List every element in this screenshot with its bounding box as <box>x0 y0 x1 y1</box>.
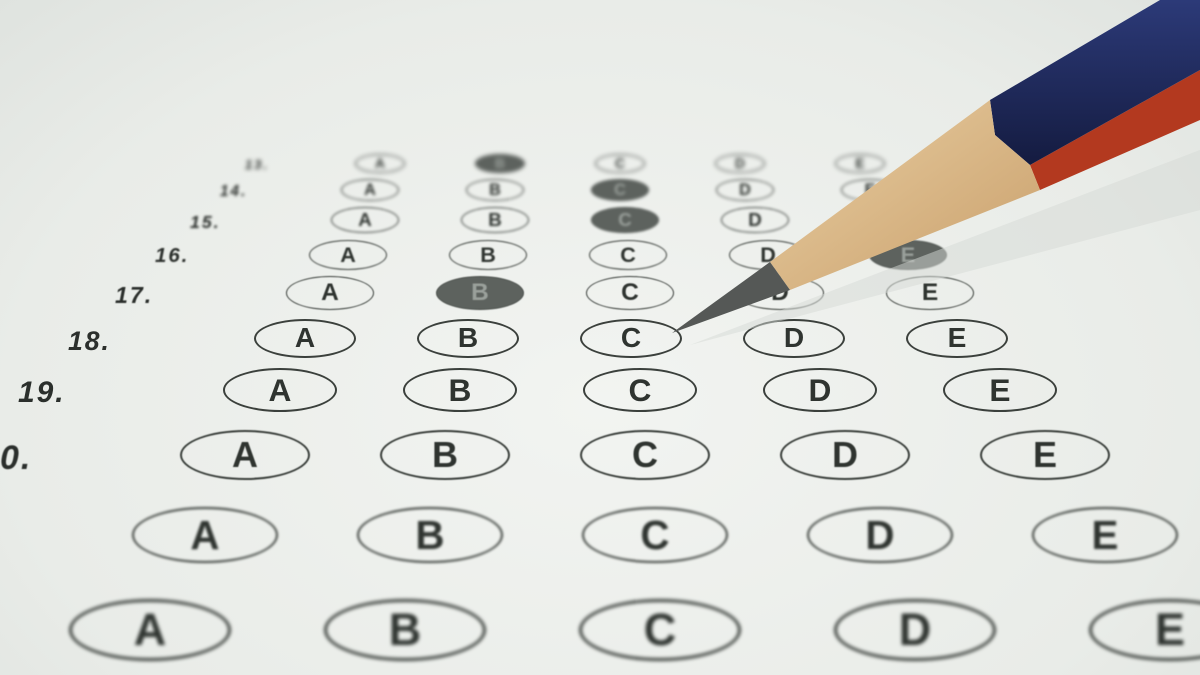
answer-bubble-d[interactable]: D <box>834 599 997 662</box>
question-number: 14. <box>220 183 247 201</box>
question-number: 16. <box>155 245 189 268</box>
question-number: 17. <box>115 282 153 309</box>
answer-bubble-a[interactable]: A <box>341 179 400 202</box>
answer-bubble-a[interactable]: A <box>132 507 278 563</box>
answer-bubble-c[interactable]: C <box>595 154 644 173</box>
answer-bubble-d[interactable]: D <box>736 276 824 310</box>
answer-bubble-d[interactable]: D <box>780 430 910 480</box>
answer-bubble-d[interactable]: D <box>743 319 844 358</box>
answer-bubble-d[interactable]: D <box>729 240 807 270</box>
answer-bubble-c[interactable]: C <box>580 430 710 480</box>
answer-bubble-a[interactable]: A <box>355 154 404 173</box>
answer-bubble-b[interactable]: B <box>466 179 525 202</box>
answer-bubble-c[interactable]: C <box>589 240 667 270</box>
answer-bubble-c[interactable]: C <box>580 319 681 358</box>
answer-bubble-d[interactable]: D <box>721 207 789 233</box>
answer-bubble-a[interactable]: A <box>309 240 387 270</box>
question-number: 18. <box>68 326 111 357</box>
answer-bubble-b[interactable]: B <box>436 276 524 310</box>
answer-bubble-e[interactable]: E <box>1032 507 1178 563</box>
answer-bubble-e[interactable]: E <box>943 368 1057 412</box>
answer-bubble-e[interactable]: E <box>869 240 947 270</box>
answer-bubble-b[interactable]: B <box>449 240 527 270</box>
answer-bubble-e[interactable]: E <box>906 319 1007 358</box>
answer-bubble-c[interactable]: C <box>583 368 697 412</box>
question-number: 0. <box>0 439 32 478</box>
answer-bubble-c[interactable]: C <box>591 207 659 233</box>
answer-bubble-a[interactable]: A <box>286 276 374 310</box>
answer-bubble-c[interactable]: C <box>579 599 742 662</box>
answer-bubble-a[interactable]: A <box>331 207 399 233</box>
answer-bubble-e[interactable]: E <box>835 154 884 173</box>
answer-bubble-c[interactable]: C <box>586 276 674 310</box>
question-number: 19. <box>18 376 66 410</box>
answer-bubble-b[interactable]: B <box>461 207 529 233</box>
answer-bubble-c[interactable]: C <box>591 179 650 202</box>
question-number: 13. <box>245 157 269 172</box>
answer-sheet: 13.ABCDE14.ABCDE15.ABCDE16.ABCDE17.ABCDE… <box>0 0 1200 675</box>
answer-bubble-b[interactable]: B <box>380 430 510 480</box>
answer-bubble-d[interactable]: D <box>716 179 775 202</box>
answer-bubble-a[interactable]: A <box>69 599 232 662</box>
answer-bubble-d[interactable]: D <box>715 154 764 173</box>
answer-bubble-a[interactable]: A <box>223 368 337 412</box>
answer-bubble-b[interactable]: B <box>357 507 503 563</box>
answer-bubble-b[interactable]: B <box>417 319 518 358</box>
answer-bubble-b[interactable]: B <box>475 154 524 173</box>
question-number: 15. <box>190 212 221 233</box>
answer-bubble-a[interactable]: A <box>254 319 355 358</box>
answer-bubble-c[interactable]: C <box>582 507 728 563</box>
answer-bubble-e[interactable]: E <box>851 207 919 233</box>
answer-bubble-b[interactable]: B <box>324 599 487 662</box>
answer-bubble-d[interactable]: D <box>763 368 877 412</box>
answer-bubble-e[interactable]: E <box>1089 599 1200 662</box>
answer-bubble-d[interactable]: D <box>807 507 953 563</box>
answer-bubble-e[interactable]: E <box>841 179 900 202</box>
answer-bubble-b[interactable]: B <box>403 368 517 412</box>
answer-bubble-e[interactable]: E <box>980 430 1110 480</box>
answer-bubble-a[interactable]: A <box>180 430 310 480</box>
answer-bubble-e[interactable]: E <box>886 276 974 310</box>
